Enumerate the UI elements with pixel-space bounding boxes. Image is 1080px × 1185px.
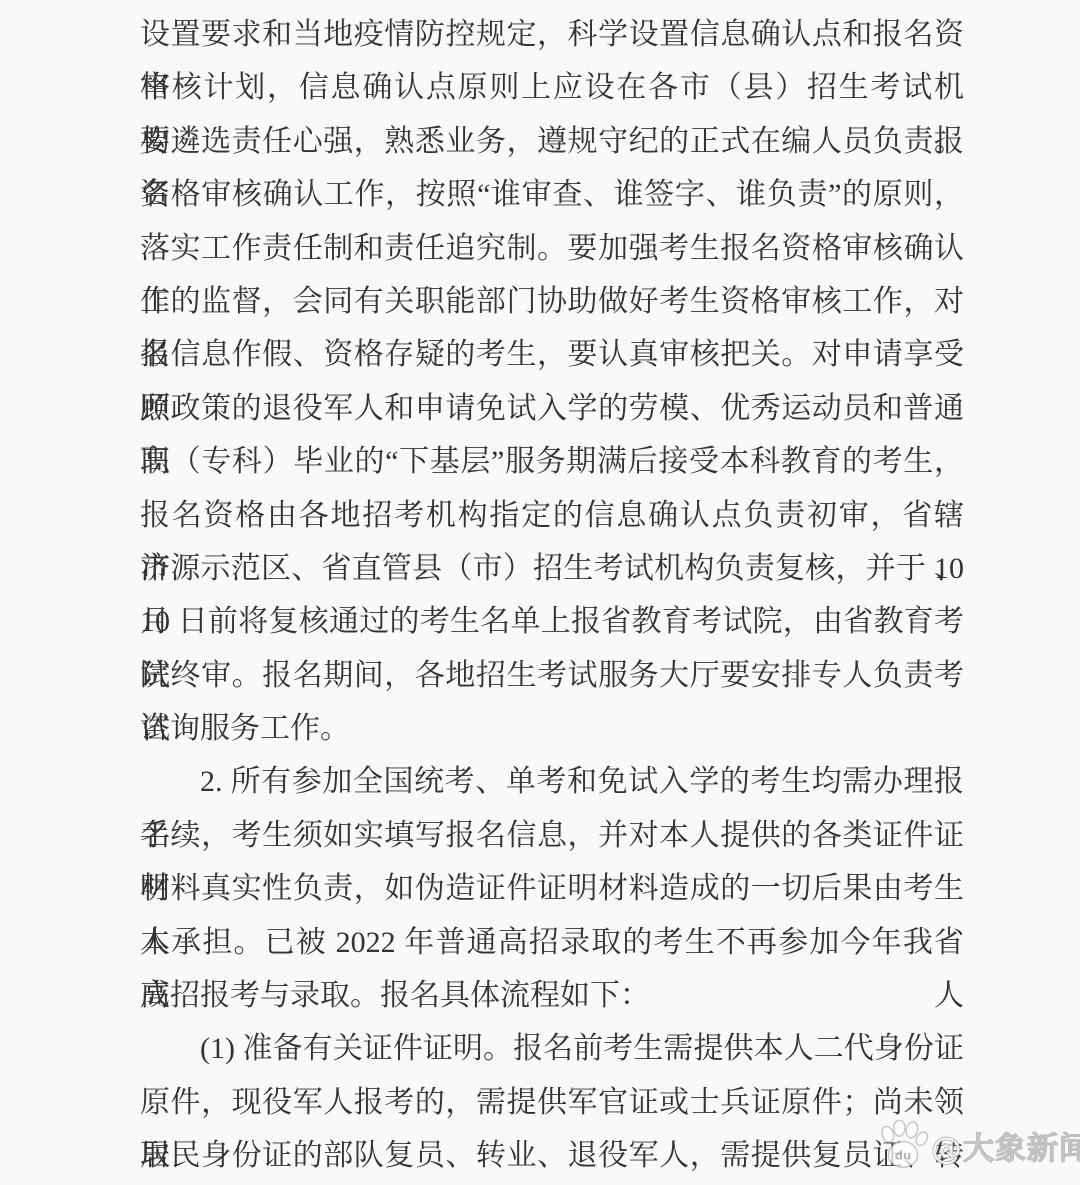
paragraph: 2. 所有参加全国统考、单考和免试入学的考生均需办理报名手续，考生须如实填写报名… [140,755,964,1022]
text-line: 作的监督，会同有关职能部门协助做好考生资格审核工作，对报 [140,275,964,328]
text-line: 居民身份证的部队复员、转业、退役军人，需提供复员证、转业 [140,1129,964,1182]
paragraph: 设置要求和当地疫情防控规定，科学设置信息确认点和报名资格审核计划，信息确认点原则… [140,8,964,755]
text-line: 咨询服务工作。 [140,702,964,755]
text-line: 原件，现役军人报考的，需提供军官证或士兵证原件；尚未领取 [140,1076,964,1129]
text-line: 落实工作责任制和责任追究制。要加强考生报名资格审核确认工 [140,222,964,275]
text-line: 手续，考生须如实填写报名信息，并对本人提供的各类证件证明 [140,809,964,862]
text-line: 名信息作假、资格存疑的考生，要认真审核把关。对申请享受照 [140,328,964,381]
document-body: 设置要求和当地疫情防控规定，科学设置信息确认点和报名资格审核计划，信息确认点原则… [140,8,964,1183]
text-line: 报名资格由各地招考机构指定的信息确认点负责初审，省辖市、 [140,489,964,542]
text-line: 顾政策的退役军人和申请免试入学的劳模、优秀运动员和普通高 [140,382,964,435]
text-line: 10 日前将复核通过的考生名单上报省教育考试院，由省教育考试 [140,595,964,648]
text-line: 资格审核确认工作，按照“谁审查、谁签字、谁负责”的原则， [140,168,964,221]
text-line: 院终审。报名期间，各地招生考试服务大厅要安排专人负责考试 [140,649,964,702]
text-line: (1) 准备有关证件证明。报名前考生需提供本人二代身份证 [140,1022,964,1075]
text-line: 审核计划，信息确认点原则上应设在各市（县）招生考试机构。 [140,61,964,114]
text-line: 人承担。已被 2022 年普通高招录取的考生不再参加今年我省成人 [140,916,964,969]
paragraph: (1) 准备有关证件证明。报名前考生需提供本人二代身份证原件，现役军人报考的，需… [140,1022,964,1182]
text-line: 2. 所有参加全国统考、单考和免试入学的考生均需办理报名 [140,755,964,808]
text-line: 设置要求和当地疫情防控规定，科学设置信息确认点和报名资格 [140,8,964,61]
document-page: 设置要求和当地疫情防控规定，科学设置信息确认点和报名资格审核计划，信息确认点原则… [0,0,1080,1185]
text-line: 要遴选责任心强，熟悉业务，遵规守纪的正式在编人员负责报名 [140,115,964,168]
text-line: 济源示范区、省直管县（市）招生考试机构负责复核，并于 10 月 [140,542,964,595]
text-line: 材料真实性负责，如伪造证件证明材料造成的一切后果由考生本 [140,862,964,915]
text-line: 职（专科）毕业的“下基层”服务期满后接受本科教育的考生， [140,435,964,488]
